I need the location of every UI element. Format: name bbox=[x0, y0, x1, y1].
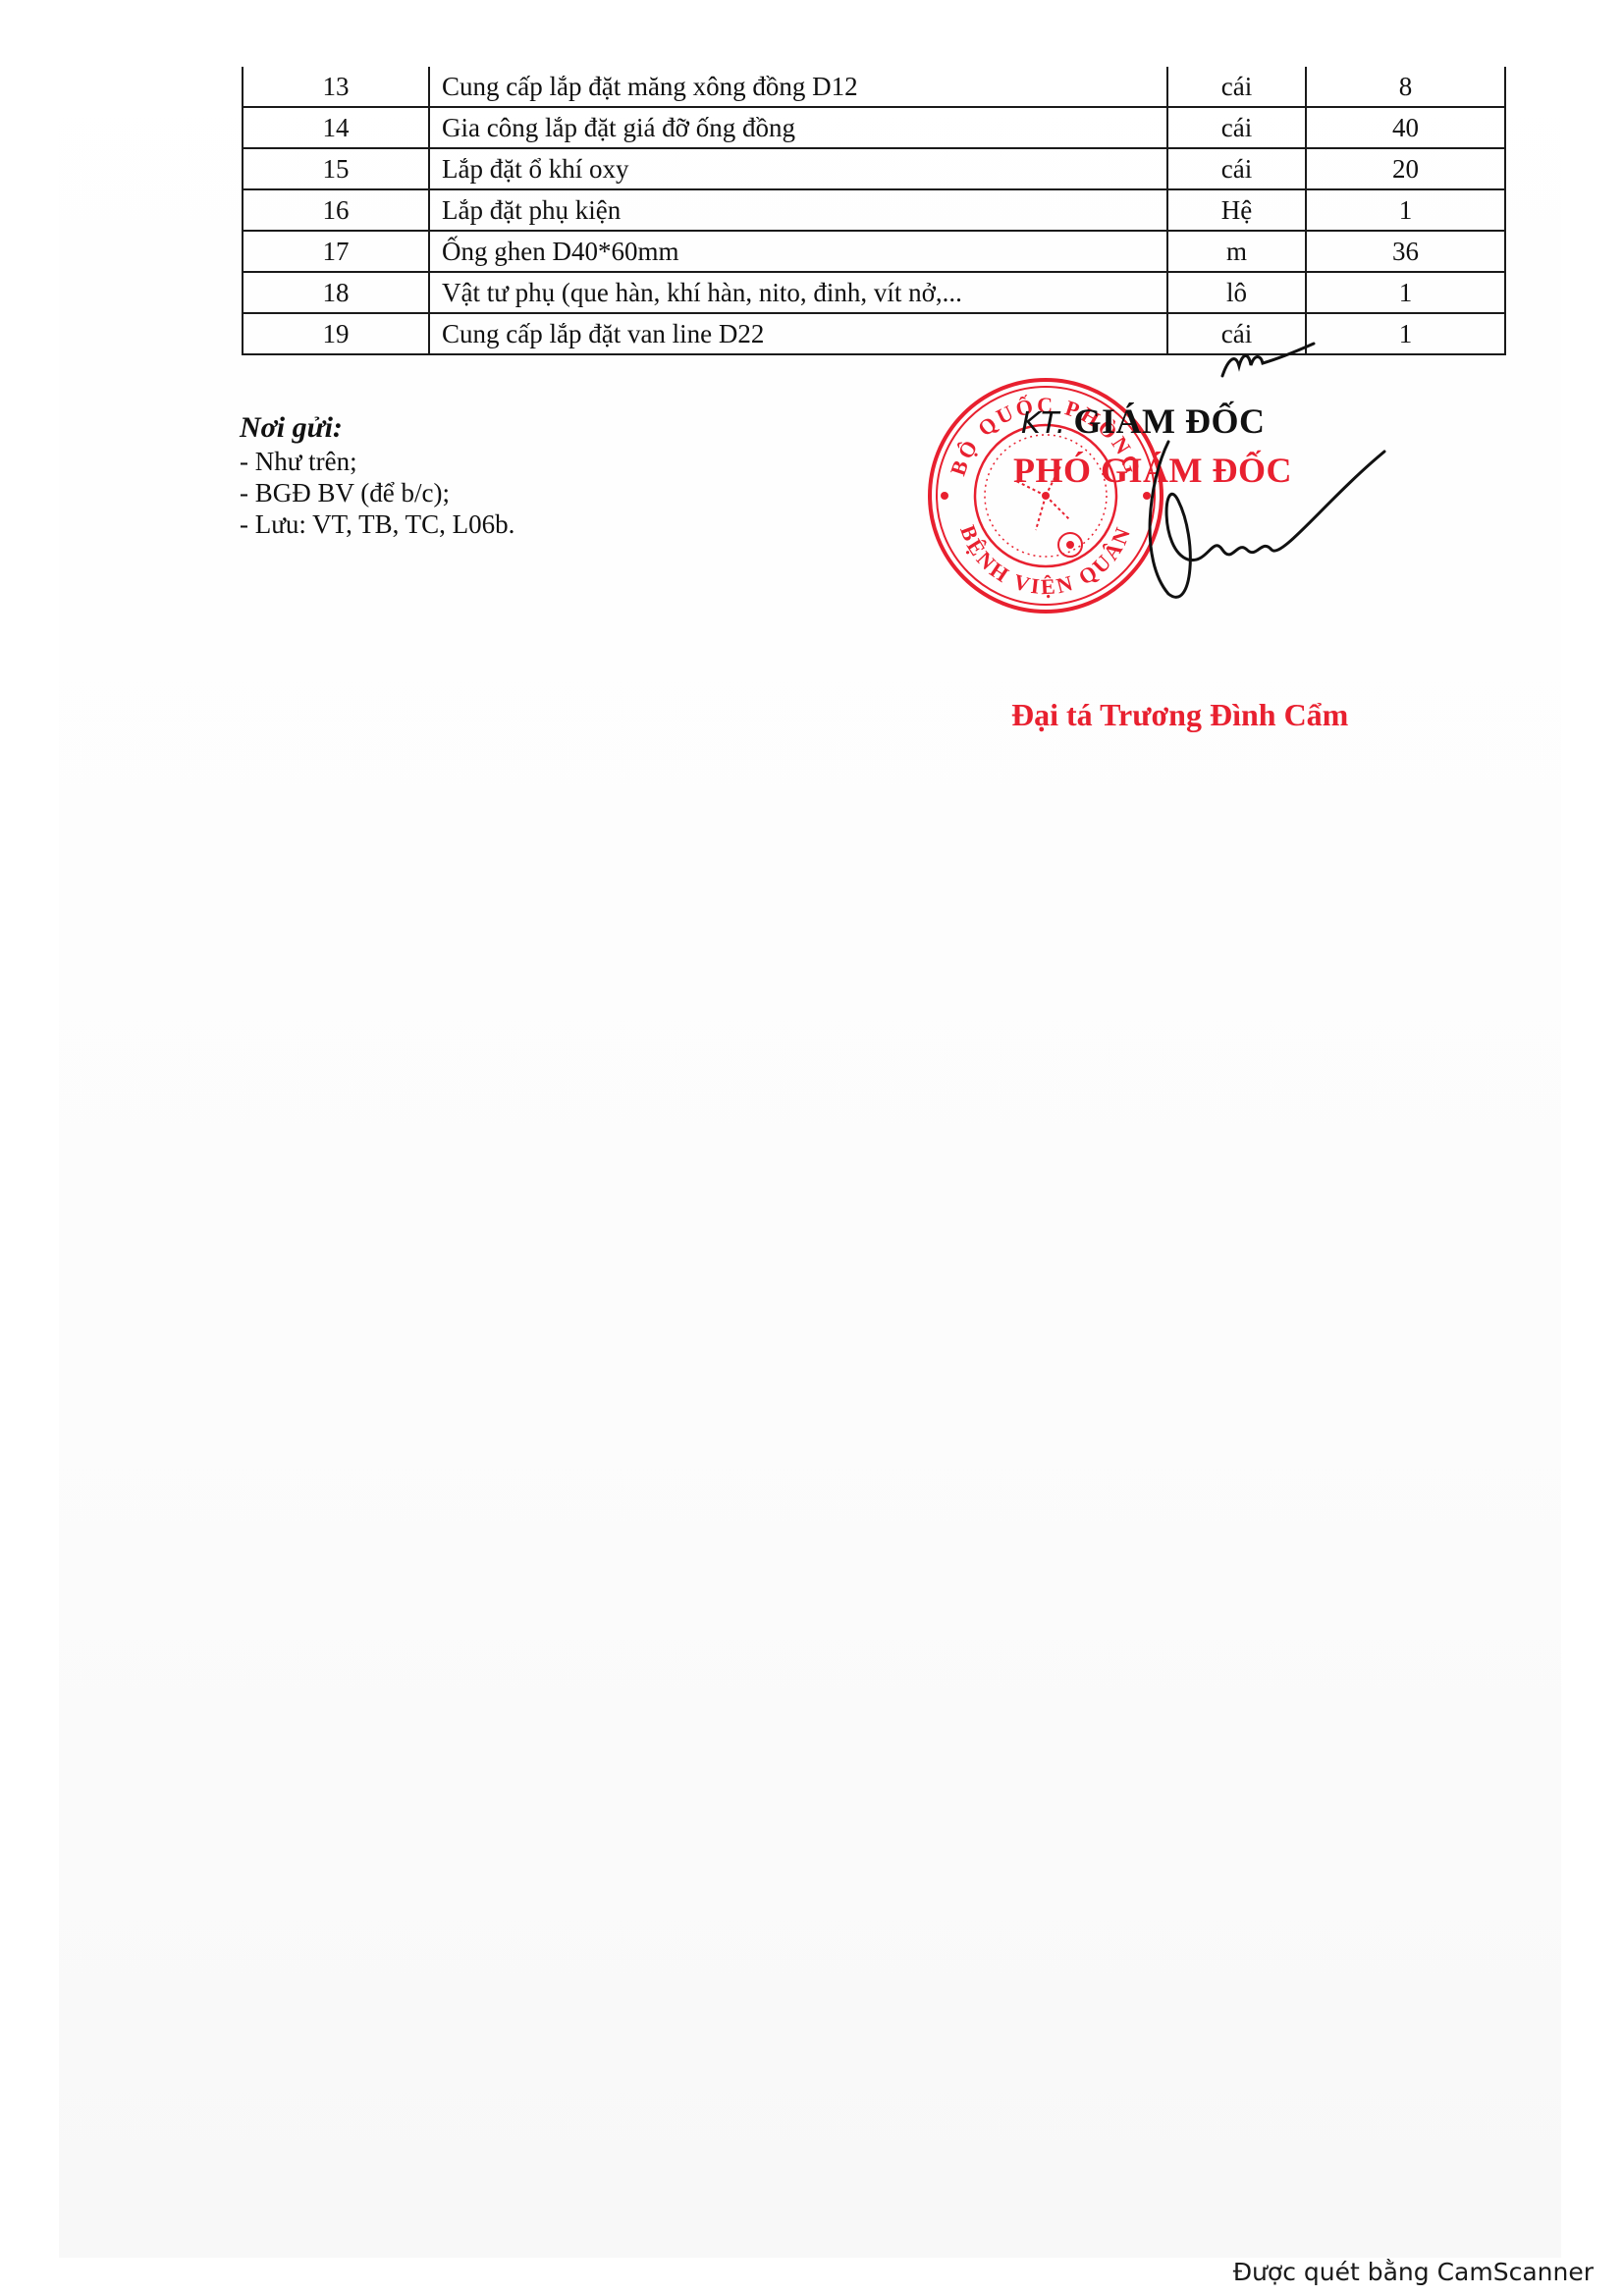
row-number: 19 bbox=[243, 313, 429, 354]
item-name: Cung cấp lắp đặt van line D22 bbox=[429, 313, 1167, 354]
row-number: 14 bbox=[243, 107, 429, 148]
recipient-item: - BGĐ BV (để b/c); bbox=[240, 477, 514, 508]
item-quantity: 1 bbox=[1306, 272, 1505, 313]
row-number: 16 bbox=[243, 189, 429, 231]
item-quantity: 1 bbox=[1306, 189, 1505, 231]
row-number: 13 bbox=[243, 67, 429, 107]
recipients-block: Nơi gửi: - Như trên; - BGĐ BV (để b/c); … bbox=[240, 410, 514, 540]
signature-block: BỘ QUỐC PHÒNG BỆNH VIỆN QUÂN KT.GIÁM ĐỐC… bbox=[923, 353, 1394, 766]
item-unit: Hệ bbox=[1167, 189, 1306, 231]
item-name: Cung cấp lắp đặt măng xông đồng D12 bbox=[429, 67, 1167, 107]
item-name: Gia công lắp đặt giá đỡ ống đồng bbox=[429, 107, 1167, 148]
initials-mark-icon bbox=[1217, 342, 1316, 381]
table-row: 18Vật tư phụ (que hàn, khí hàn, nito, đi… bbox=[243, 272, 1505, 313]
item-unit: cái bbox=[1167, 67, 1306, 107]
signer-name: Đại tá Trương Đình Cẩm bbox=[1011, 697, 1348, 733]
table-body: 13Cung cấp lắp đặt măng xông đồng D12cái… bbox=[243, 67, 1505, 354]
item-name: Ống ghen D40*60mm bbox=[429, 231, 1167, 272]
recipient-item: - Lưu: VT, TB, TC, L06b. bbox=[240, 508, 514, 540]
item-quantity: 40 bbox=[1306, 107, 1505, 148]
table-row: 19Cung cấp lắp đặt van line D22cái1 bbox=[243, 313, 1505, 354]
table-row: 16Lắp đặt phụ kiệnHệ1 bbox=[243, 189, 1505, 231]
item-quantity: 20 bbox=[1306, 148, 1505, 189]
item-quantity: 36 bbox=[1306, 231, 1505, 272]
items-table: 13Cung cấp lắp đặt măng xông đồng D12cái… bbox=[242, 67, 1506, 355]
item-name: Lắp đặt ổ khí oxy bbox=[429, 148, 1167, 189]
recipient-item: - Như trên; bbox=[240, 446, 514, 477]
item-name: Vật tư phụ (que hàn, khí hàn, nito, đinh… bbox=[429, 272, 1167, 313]
recipients-title: Nơi gửi: bbox=[240, 410, 514, 446]
item-unit: m bbox=[1167, 231, 1306, 272]
kt-prefix: KT. bbox=[1021, 406, 1065, 441]
item-quantity: 1 bbox=[1306, 313, 1505, 354]
item-name: Lắp đặt phụ kiện bbox=[429, 189, 1167, 231]
handwritten-signature-icon bbox=[1100, 422, 1394, 618]
table-row: 15Lắp đặt ổ khí oxycái20 bbox=[243, 148, 1505, 189]
row-number: 17 bbox=[243, 231, 429, 272]
camscanner-watermark: Được quét bằng CamScanner bbox=[1233, 2258, 1594, 2286]
table-row: 13Cung cấp lắp đặt măng xông đồng D12cái… bbox=[243, 67, 1505, 107]
table-row: 17Ống ghen D40*60mmm36 bbox=[243, 231, 1505, 272]
item-unit: cái bbox=[1167, 148, 1306, 189]
row-number: 15 bbox=[243, 148, 429, 189]
item-unit: cái bbox=[1167, 107, 1306, 148]
row-number: 18 bbox=[243, 272, 429, 313]
item-unit: lô bbox=[1167, 272, 1306, 313]
item-quantity: 8 bbox=[1306, 67, 1505, 107]
table-row: 14Gia công lắp đặt giá đỡ ống đồngcái40 bbox=[243, 107, 1505, 148]
